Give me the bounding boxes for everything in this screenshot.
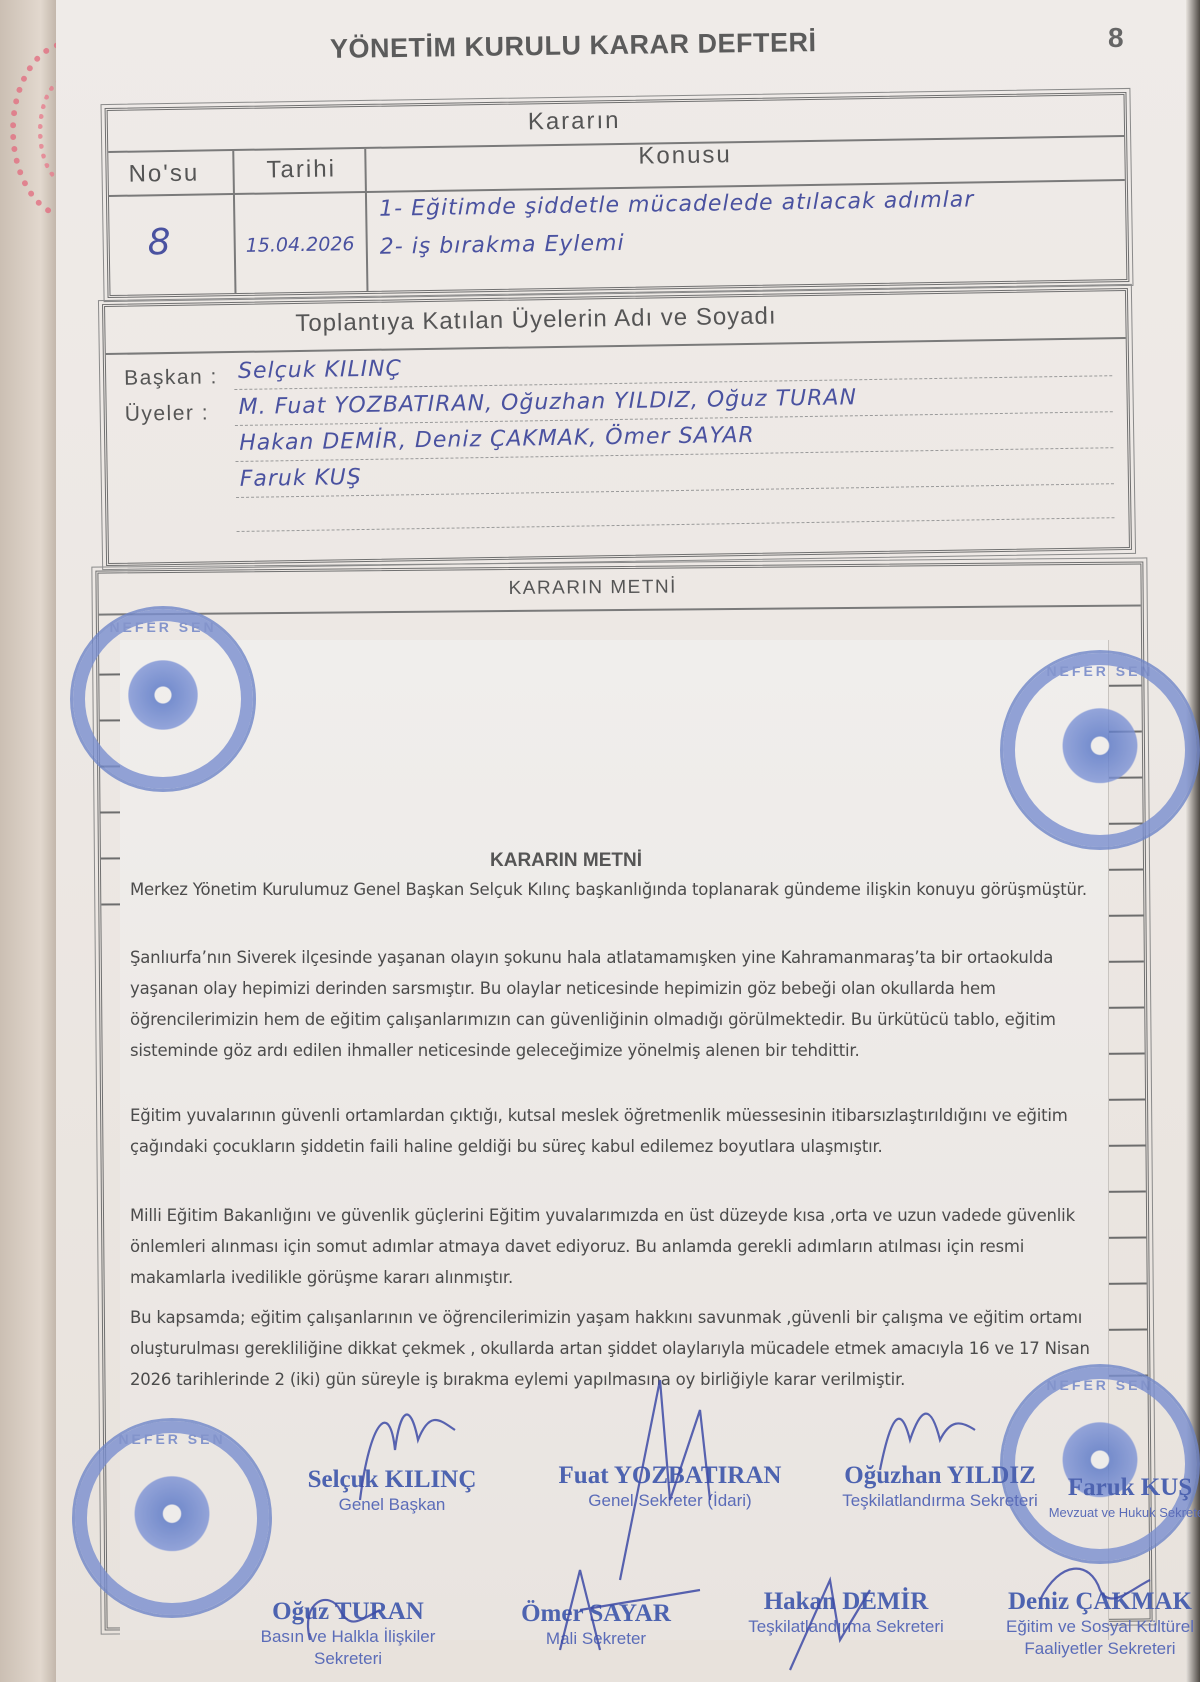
union-stamp-right: NEFER SEN [1000,650,1200,850]
decision-number-value: 8 [147,222,172,263]
members-label: Üyeler : [125,401,210,426]
members-line-3: Faruk KUŞ [240,465,362,492]
page-number: 8 [1108,22,1124,54]
union-stamp-bottom-left: NEFER SEN [72,1418,272,1618]
paragraph-1: Merkez Yönetim Kurulumuz Genel Başkan Se… [130,874,1090,905]
paragraph-4: Milli Eğitim Bakanlığını ve güvenlik güç… [130,1200,1090,1293]
signatory-7: Hakan DEMİRTeşkilatlandırma Sekreteri [726,1588,966,1638]
decision-date-value: 15.04.2026 [246,233,355,257]
decision-subject-line-2: 2- iş bırakma Eylemi [380,231,625,260]
union-stamp-top-left: NEFER SEN [70,606,256,792]
paragraph-5: Bu kapsamda; eğitim çalışanlarının ve öğ… [130,1302,1090,1395]
paragraph-3: Eğitim yuvalarının güvenli ortamlardan ç… [130,1100,1090,1162]
decision-subject-line-1: 1- Eğitimde şiddetle mücadelede atılacak… [379,187,975,221]
paragraph-2: Şanlıurfa’nın Siverek ilçesinde yaşanan … [130,942,1090,1066]
signatory-5: Oğuz TURANBasın ve Halkla İlişkiler Sekr… [228,1598,468,1670]
signatory-2: Fuat YOZBATIRANGenel Sekreter (İdari) [540,1462,800,1512]
attendees-section: Toplantıya Katılan Üyelerin Adı ve Soyad… [102,288,1132,566]
president-label: Başkan : [124,365,218,390]
book-spine [0,0,58,1682]
column-subject-header: Konusu [638,141,732,170]
decision-table: Kararın No'su Tarihi Konusu 8 15.04.2026… [105,92,1130,298]
signatory-3: Oğuzhan YILDIZTeşkilatlandırma Sekreteri [820,1462,1060,1512]
decision-text-frame-header: KARARIN METNİ [508,577,677,600]
attendees-header: Toplantıya Katılan Üyelerin Adı ve Soyad… [295,302,777,338]
printout-title: KARARIN METNİ [490,850,642,872]
members-line-1: M. Fuat YOZBATIRAN, Oğuzhan YILDIZ, Oğuz… [238,385,857,420]
column-date-header: Tarihi [266,155,336,184]
decision-group-header: Kararın [528,107,621,136]
signatory-8: Deniz ÇAKMAKEğitim ve Sosyal Kültürel Fa… [980,1588,1200,1660]
president-name: Selçuk KILINÇ [238,356,402,384]
signatory-1: Selçuk KILINÇGenel Başkan [272,1466,512,1516]
column-number-header: No'su [128,160,199,189]
signatory-6: Ömer SAYARMali Sekreter [486,1600,706,1650]
signatory-4: Faruk KUŞMevzuat ve Hukuk Sekreteri [1040,1474,1200,1524]
members-line-2: Hakan DEMİR, Deniz ÇAKMAK, Ömer SAYAR [239,423,755,456]
